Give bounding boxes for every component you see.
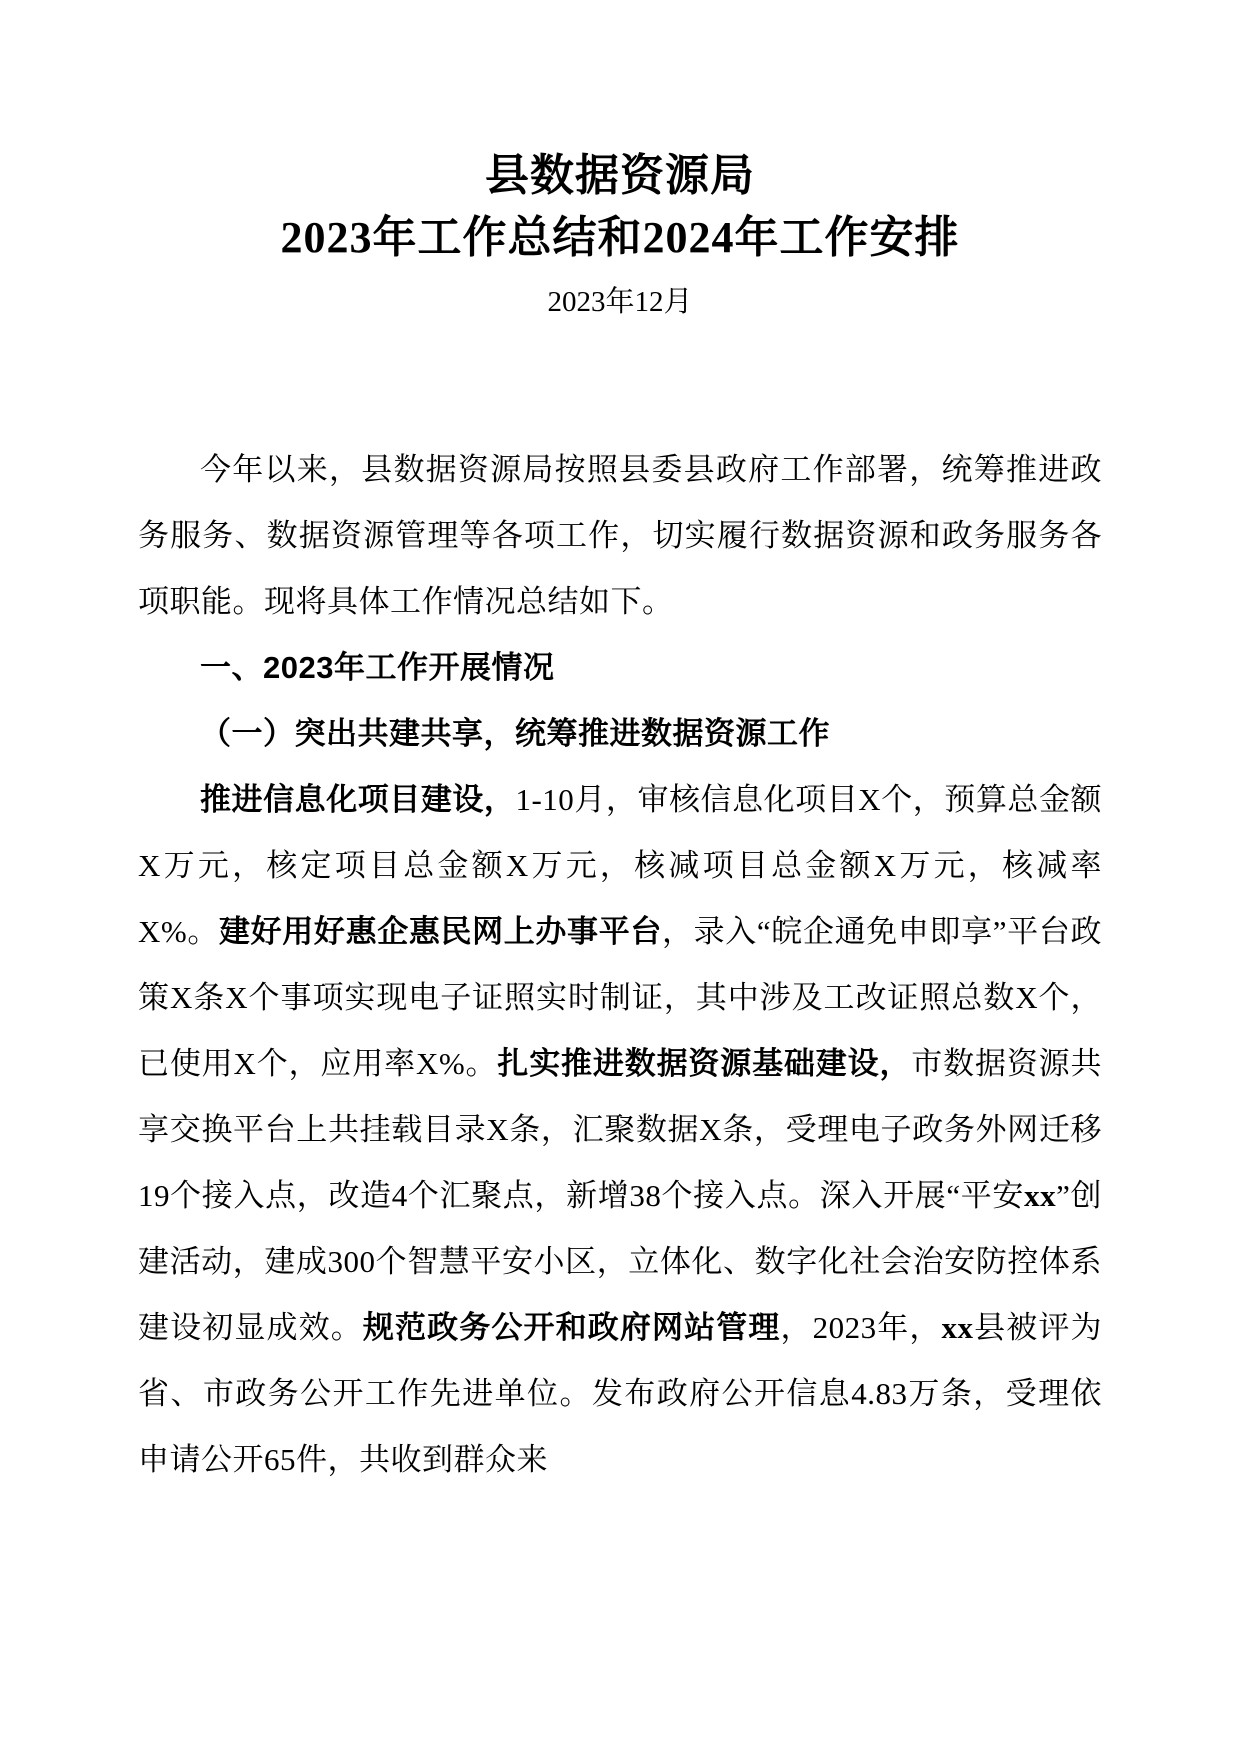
document-body: 今年以来，县数据资源局按照县委县政府工作部署，统筹推进政务服务、数据资源管理等各… xyxy=(138,437,1102,1493)
section-1-heading: 一、2023年工作开展情况 xyxy=(138,635,1102,701)
doc-title-line2: 2023年工作总结和2024年工作安排 xyxy=(138,207,1102,269)
document-header: 县数据资源局 2023年工作总结和2024年工作安排 2023年12月 xyxy=(138,145,1102,327)
doc-date: 2023年12月 xyxy=(138,277,1102,327)
document-page: 县数据资源局 2023年工作总结和2024年工作安排 2023年12月 今年以来… xyxy=(0,0,1240,1754)
intro-paragraph: 今年以来，县数据资源局按照县委县政府工作部署，统筹推进政务服务、数据资源管理等各… xyxy=(138,437,1102,635)
work-summary-paragraph: 推进信息化项目建设，1-10月，审核信息化项目X个，预算总金额X万元，核定项目总… xyxy=(138,767,1102,1493)
subsection-1-1-heading: （一）突出共建共享，统筹推进数据资源工作 xyxy=(138,701,1102,767)
doc-title-line1: 县数据资源局 xyxy=(138,145,1102,207)
